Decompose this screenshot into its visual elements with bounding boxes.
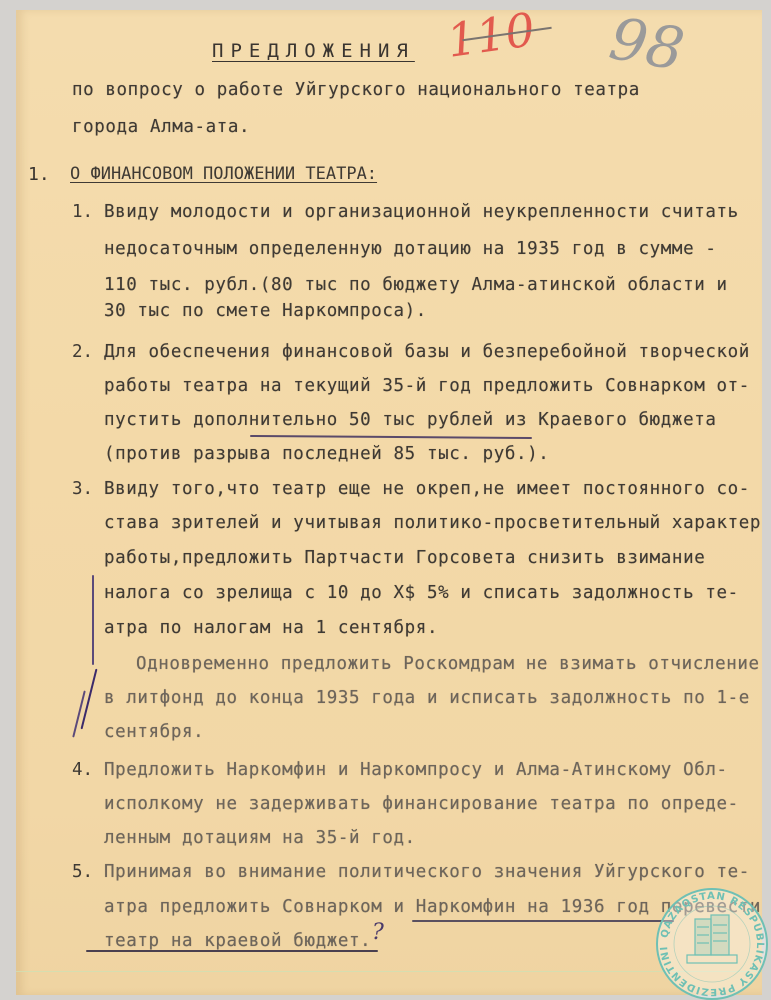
item-line: Принимая во внимание политического значе…	[104, 862, 750, 882]
item-number: 1.	[72, 202, 93, 222]
item-line: недосаточным определенную дотацию на 193…	[104, 239, 716, 259]
section-number: 1.	[28, 164, 50, 185]
item-number: 3.	[72, 479, 93, 499]
item-line: атра по налогам на 1 сентября.	[104, 618, 438, 638]
document-title: ПРЕДЛОЖЕНИЯ	[212, 40, 415, 62]
subtitle-line: города Алма-ата.	[72, 117, 250, 137]
item-line: 110 тыс. рубл.(80 тыс по бюджету Алма-ат…	[104, 275, 728, 295]
item-line: 30 тыс по смете Наркомпроса).	[104, 301, 427, 321]
item-line: става зрителей и учитывая политико-просв…	[104, 513, 761, 533]
item-line: сентября.	[104, 722, 204, 742]
item-line: Для обеспечения финансовой базы и безпер…	[104, 342, 750, 362]
subtitle-line: по вопросу о работе Уйгурского националь…	[72, 80, 640, 100]
paper-edge-line	[16, 971, 762, 972]
item-number: 2.	[72, 342, 93, 362]
item-line: Ввиду того,что театр еще не окреп,не име…	[104, 479, 750, 499]
archive-stamp: QAZAQSTAN RESPUBLIKASY PREZIDENTININ ARH…	[653, 885, 771, 1000]
item-line: работы,предложить Партчасти Горсовета сн…	[104, 548, 705, 568]
item-line: ленным дотациям на 35-й год.	[104, 828, 416, 848]
item-number: 4.	[72, 760, 93, 780]
item-line: работы театра на текущий 35-й год предло…	[104, 376, 750, 396]
pencil-underline	[412, 920, 674, 922]
item-line: исполкому не задерживать финансирование …	[104, 794, 739, 814]
margin-bracket	[92, 575, 94, 665]
item-number: 5.	[72, 862, 93, 882]
item-line: (против разрыва последней 85 тыс. руб.).	[104, 444, 549, 464]
item-line: в литфонд до конца 1935 года и исписать …	[104, 688, 750, 708]
item-line: пустить дополнительно 50 тыс рублей из К…	[104, 410, 716, 430]
item-line: театр на краевой бюджет.	[104, 931, 371, 951]
item-line: Предложить Наркомфин и Наркомпросу и Алм…	[104, 760, 728, 780]
item-line: Ввиду молодости и организационной неукре…	[104, 202, 739, 222]
item-line: налога со зрелища с 10 до X$ 5% и списат…	[104, 583, 739, 603]
pencil-underline	[86, 950, 378, 952]
item-line: Одновременно предложить Роскомдрам не вз…	[136, 654, 760, 674]
section-title: О ФИНАНСОВОМ ПОЛОЖЕНИИ ТЕАТРА:	[70, 164, 377, 184]
pencil-page-number: 98	[605, 4, 689, 84]
question-mark: ?	[372, 920, 384, 945]
